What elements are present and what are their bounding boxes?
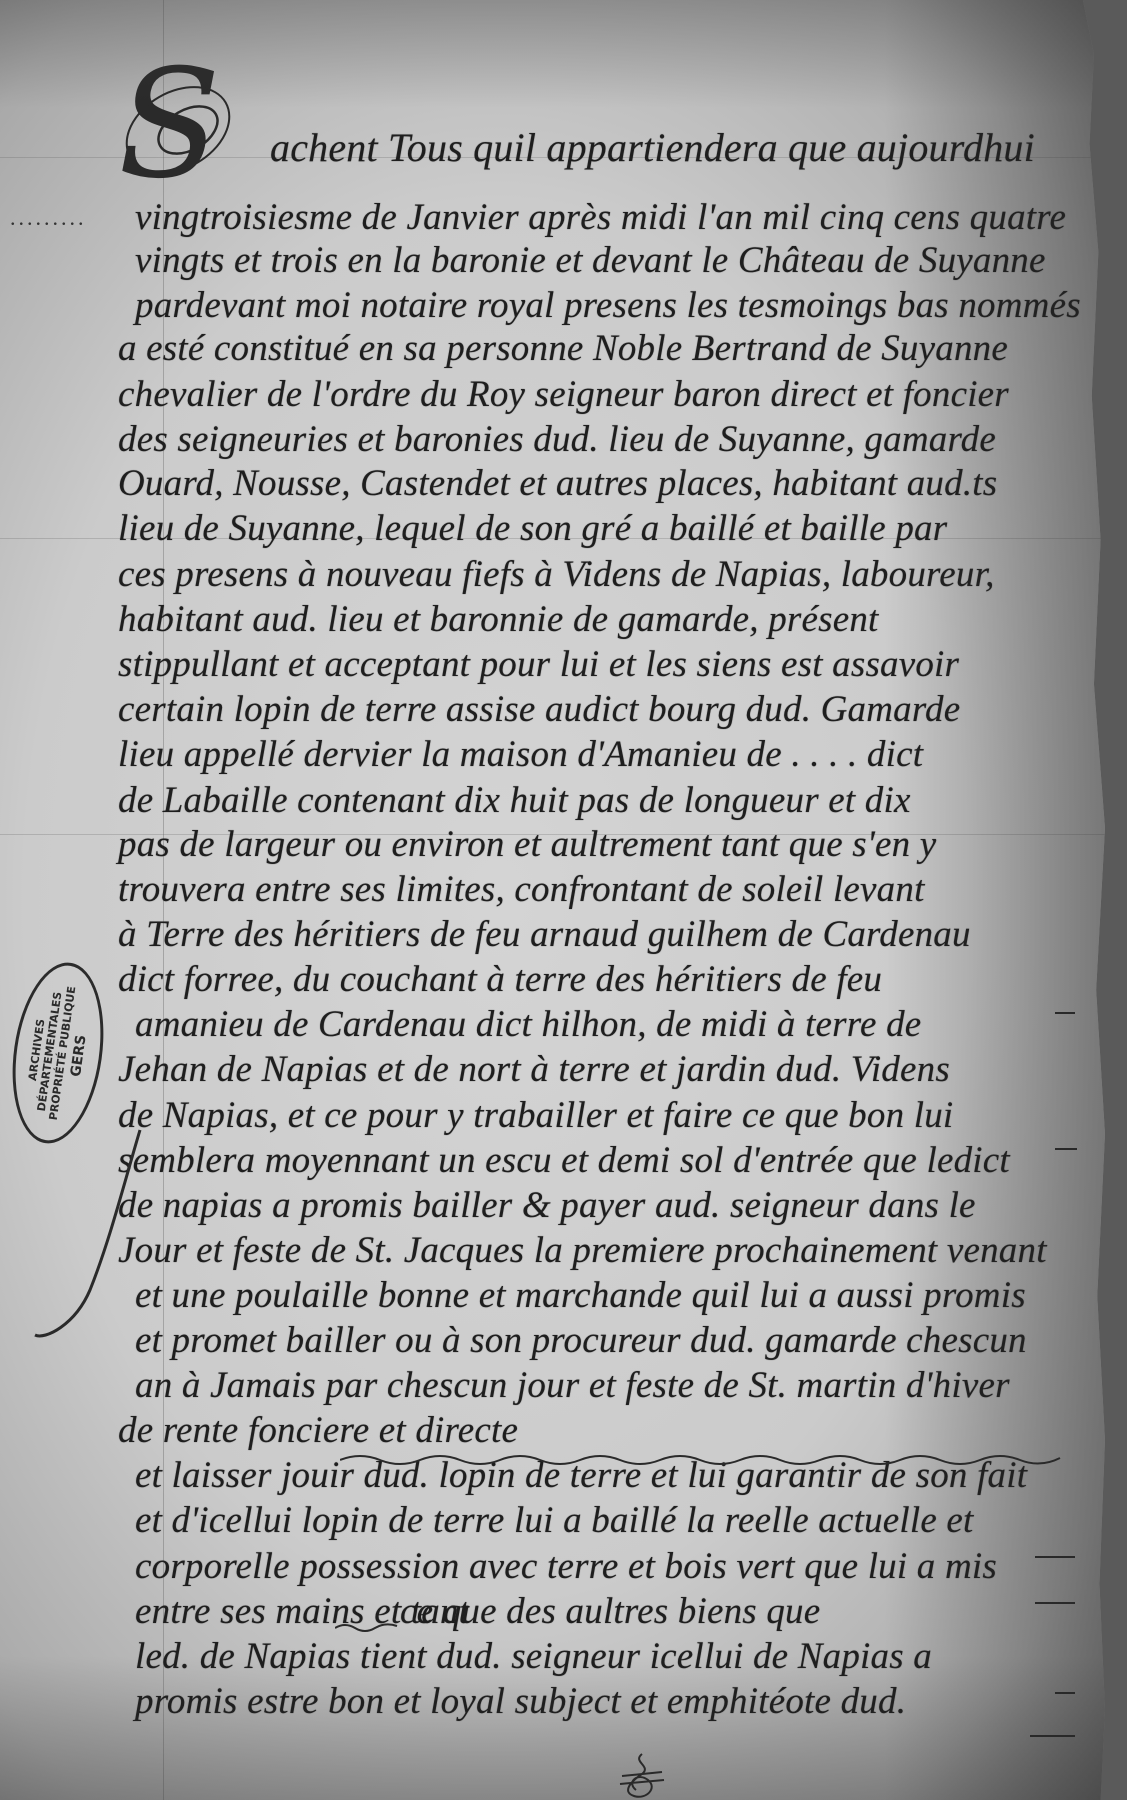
text-line: certain lopin de terre assise audict bou… — [118, 688, 960, 731]
text-line: et promet bailler ou à son procureur dud… — [135, 1319, 1027, 1362]
text-line: vingts et trois en la baronie et devant … — [135, 239, 1046, 282]
text-line: a esté constitué en sa personne Noble Be… — [118, 327, 1008, 370]
text-line: vingtroisiesme de Janvier après midi l'a… — [135, 196, 1066, 239]
text-line: habitant aud. lieu et baronnie de gamard… — [118, 598, 879, 641]
text-line: chevalier de l'ordre du Roy seigneur bar… — [118, 373, 1009, 416]
text-line: promis estre bon et loyal subject et emp… — [135, 1680, 906, 1723]
line-end-dash — [1030, 1735, 1075, 1737]
line-end-dash — [1055, 1012, 1075, 1014]
text-line: et d'icellui lopin de terre lui a baillé… — [135, 1499, 974, 1542]
text-line: pas de largeur ou environ et aultrement … — [118, 823, 936, 866]
initial-flourish-icon — [118, 50, 268, 200]
line-filler-flourish-icon — [335, 1620, 400, 1636]
text-line: led. de Napias tient dud. seigneur icell… — [135, 1635, 932, 1678]
text-line: de rente fonciere et directe — [118, 1409, 518, 1452]
line-end-dash — [1055, 1692, 1075, 1694]
text-line: stippullant et acceptant pour lui et les… — [118, 643, 959, 686]
text-line: de Labaille contenant dix huit pas de lo… — [118, 779, 911, 822]
text-line: de napias a promis bailler & payer aud. … — [118, 1184, 976, 1227]
line-end-dash — [1035, 1556, 1075, 1558]
text-line: an à Jamais par chescun jour et feste de… — [135, 1364, 1010, 1407]
text-line: ces presens à nouveau fiefs à Videns de … — [118, 553, 995, 596]
manuscript-page: S ......... achent Tous quil appartiende… — [0, 0, 1105, 1800]
line-end-dash — [1035, 1602, 1075, 1604]
text-line: dict forree, du couchant à terre des hér… — [118, 958, 882, 1001]
text-line: lieu appellé dervier la maison d'Amanieu… — [118, 733, 923, 776]
text-line: Ouard, Nousse, Castendet et autres place… — [118, 462, 997, 505]
text-line: amanieu de Cardenau dict hilhon, de midi… — [135, 1003, 921, 1046]
notary-paraph-icon — [612, 1752, 672, 1800]
text-line: des seigneuries et baronies dud. lieu de… — [118, 418, 996, 461]
text-line: lieu de Suyanne, lequel de son gré a bai… — [118, 507, 947, 550]
text-line: semblera moyennant un escu et demi sol d… — [118, 1139, 1010, 1182]
text-line: et une poulaille bonne et marchande quil… — [135, 1274, 1026, 1317]
text-line: ce que des aultres biens que — [400, 1590, 820, 1633]
text-line: corporelle possession avec terre et bois… — [135, 1545, 997, 1588]
margin-flourish-icon — [30, 1120, 150, 1350]
text-line: Jehan de Napias et de nort à terre et ja… — [118, 1048, 950, 1091]
line-end-dash — [1055, 1148, 1077, 1150]
leader-dots: ......... — [10, 205, 87, 231]
text-line: achent Tous quil appartiendera que aujou… — [270, 124, 1035, 171]
text-line: Jour et feste de St. Jacques la premiere… — [118, 1229, 1047, 1272]
line-filler-flourish-icon — [340, 1448, 1080, 1472]
text-line: trouvera entre ses limites, confrontant … — [118, 868, 925, 911]
text-line: de Napias, et ce pour y trabailler et fa… — [118, 1094, 953, 1137]
text-line: pardevant moi notaire royal presens les … — [135, 284, 1081, 327]
text-line: à Terre des héritiers de feu arnaud guil… — [118, 913, 971, 956]
